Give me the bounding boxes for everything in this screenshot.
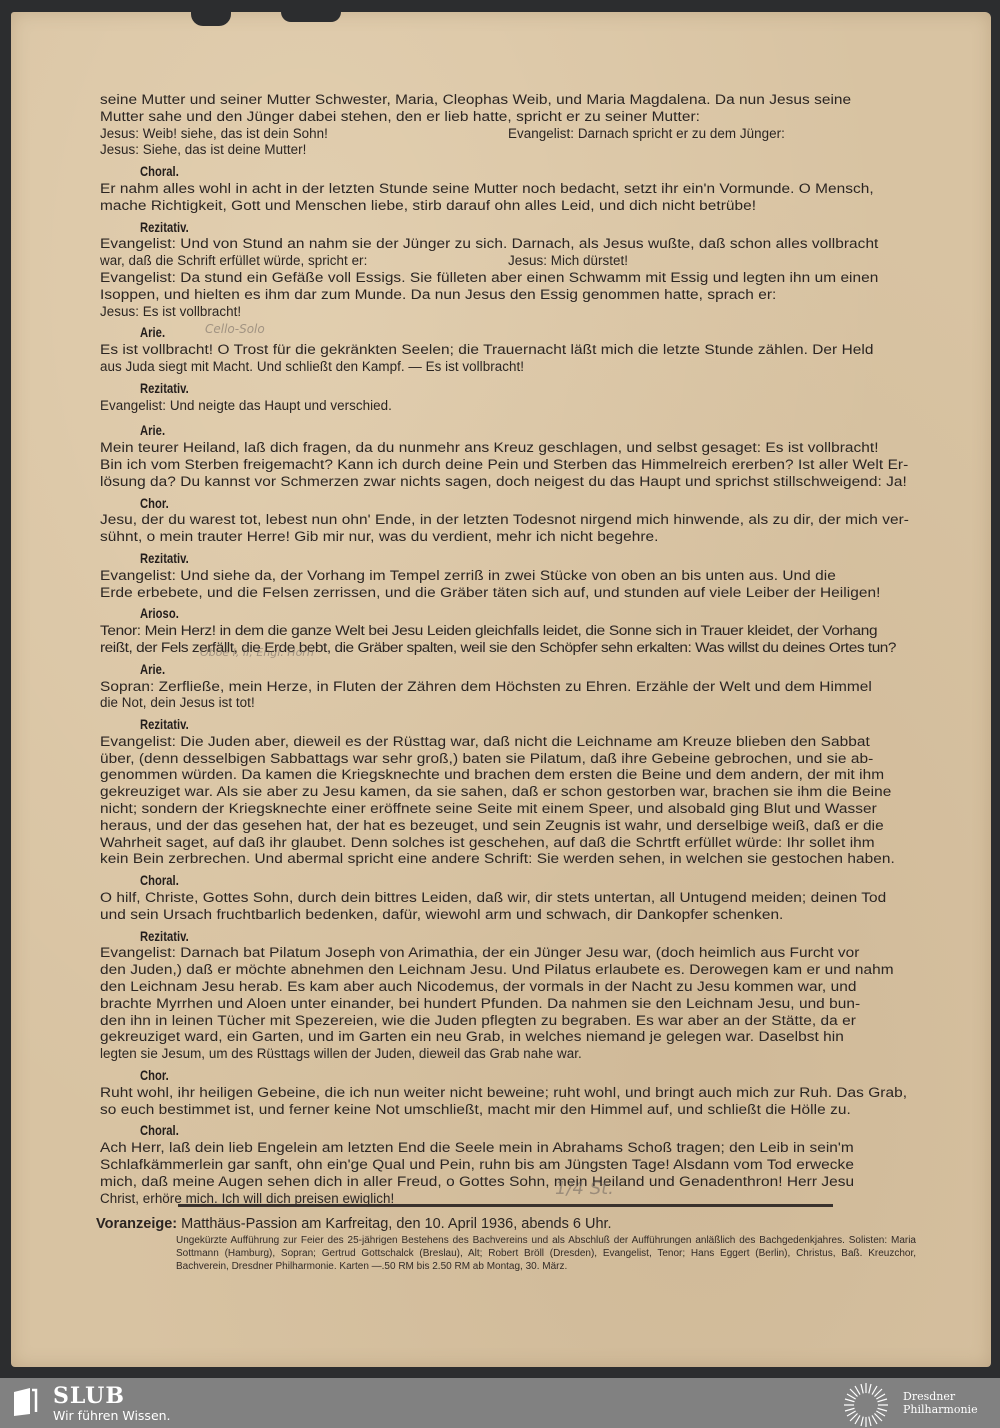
text-line: mich, daß meine Augen sehen dich in alle… bbox=[100, 1174, 1000, 1191]
handwritten-annotation: Cello-Solo bbox=[205, 322, 265, 336]
announcement-label: Voranzeige: bbox=[96, 1216, 177, 1232]
evangelist-line: war, daß die Schrift erfüllet würde, spr… bbox=[100, 253, 508, 270]
section-text: Es ist vollbracht! O Trost für die gekrä… bbox=[100, 342, 920, 376]
text-line: den Juden,) daß er möchte abnehmen den L… bbox=[100, 962, 1000, 979]
handwritten-annotation: 1/4 St. bbox=[555, 1178, 614, 1199]
jesus-line: Jesus: Mich dürstet! bbox=[508, 253, 628, 270]
section-text: Evangelist: Und neigte das Haupt und ver… bbox=[100, 398, 920, 415]
section-text: Er nahm alles wohl in acht in der letzte… bbox=[100, 181, 920, 215]
text-line: brachte Myrrhen und Aloen unter einander… bbox=[100, 996, 1000, 1013]
paper-tear bbox=[281, 12, 341, 22]
text-line: die Not, dein Jesus ist tot! bbox=[100, 695, 920, 712]
section-heading: Choral. bbox=[140, 1121, 179, 1139]
section-text: Ach Herr, laß dein lieb Engelein am letz… bbox=[100, 1140, 920, 1207]
text-line: Evangelist: Die Juden aber, dieweil es d… bbox=[100, 734, 1000, 751]
text-line: aus Juda siegt mit Macht. Und schließt d… bbox=[100, 359, 920, 376]
text-line: lösung da? Du kannst vor Schmerzen zwar … bbox=[100, 474, 1000, 491]
text-line: Evangelist: Da stund ein Gefäße voll Ess… bbox=[100, 270, 1000, 287]
text-line: Wahrheit saget, auf daß ihr glaubet. Den… bbox=[100, 835, 1000, 852]
divider-rule bbox=[178, 1204, 833, 1207]
text-line: den Leichnam Jesu herab. Es kam aber auc… bbox=[100, 979, 1000, 996]
text-line: Jesu, der du warest tot, lebest nun ohn'… bbox=[100, 512, 1000, 529]
text-line: Evangelist: Und siehe da, der Vorhang im… bbox=[100, 568, 1000, 585]
section-heading: Arie. bbox=[140, 660, 165, 678]
text-line: Evangelist: Und neigte das Haupt und ver… bbox=[100, 398, 920, 415]
brand-line-1: Dresdner bbox=[903, 1390, 978, 1403]
text-line: so euch bestimmet ist, und ferner keine … bbox=[100, 1102, 1000, 1119]
dresdner-philharmonie-logo-icon bbox=[840, 1381, 892, 1428]
text-line: gekreuziget ward, ein Garten, und im Gar… bbox=[100, 1029, 1000, 1046]
section-heading: Arie. bbox=[140, 323, 165, 341]
text-line: Ruht wohl, ihr heiligen Gebeine, die ich… bbox=[100, 1085, 1000, 1102]
footer-bar: SLUB Wir führen Wissen. Dresdner Philhar… bbox=[0, 1378, 1000, 1428]
section-heading: Chor. bbox=[140, 494, 169, 512]
text-line: Ach Herr, laß dein lieb Engelein am letz… bbox=[100, 1140, 1000, 1157]
section-text: Ruht wohl, ihr heiligen Gebeine, die ich… bbox=[100, 1085, 920, 1119]
slub-logo-icon bbox=[12, 1386, 40, 1418]
slub-brand: SLUB bbox=[53, 1383, 125, 1409]
paper-tear bbox=[191, 12, 231, 26]
handwritten-annotation: Oboe I, II, Engl. Horn bbox=[200, 646, 314, 659]
text-line: Sopran: Zerfließe, mein Herze, in Fluten… bbox=[100, 679, 1000, 696]
text-line: Evangelist: Darnach bat Pilatum Joseph v… bbox=[100, 945, 1000, 962]
dresdner-philharmonie-brand: Dresdner Philharmonie bbox=[903, 1390, 978, 1416]
text-line: genommen würden. Da kamen die Kriegsknec… bbox=[100, 767, 1000, 784]
text-line: nicht; sondern der Kriegsknechte einer e… bbox=[100, 801, 1000, 818]
section-text: Jesu, der du warest tot, lebest nun ohn'… bbox=[100, 512, 920, 546]
text-line: Es ist vollbracht! O Trost für die gekrä… bbox=[100, 342, 1000, 359]
section-heading: Rezitativ. bbox=[140, 218, 189, 236]
opening-paragraph: seine Mutter und seiner Mutter Schwester… bbox=[100, 92, 920, 159]
section-heading: Rezitativ. bbox=[140, 549, 189, 567]
text-line: Schlafkämmerlein gar sanft, ohn ein'ge Q… bbox=[100, 1157, 1000, 1174]
section-heading: Choral. bbox=[140, 162, 179, 180]
section-heading: Arie. bbox=[140, 421, 165, 439]
text-line: sühnt, o mein trauter Herre! Gib mir nur… bbox=[100, 529, 1000, 546]
text-line: mache Richtigkeit, Gott und Menschen lie… bbox=[100, 198, 1000, 215]
section-text: Evangelist: Und siehe da, der Vorhang im… bbox=[100, 568, 920, 602]
section-text: Evangelist: Darnach bat Pilatum Joseph v… bbox=[100, 945, 920, 1063]
text-line: den ihn in leinen Tücher mit Spezereien,… bbox=[100, 1013, 1000, 1030]
text-line: über, (denn desselbigen Sabbattags war s… bbox=[100, 751, 1000, 768]
section-heading: Arioso. bbox=[140, 604, 179, 622]
section-text: O hilf, Christe, Gottes Sohn, durch dein… bbox=[100, 890, 920, 924]
text-line: Mutter sahe und den Jünger dabei stehen,… bbox=[100, 109, 1000, 126]
section-text: Mein teurer Heiland, laß dich fragen, da… bbox=[100, 440, 920, 490]
jesus-line: Jesus: Weib! siehe, das ist dein Sohn! bbox=[100, 126, 508, 143]
brand-line-2: Philharmonie bbox=[903, 1403, 978, 1416]
text-line: O hilf, Christe, Gottes Sohn, durch dein… bbox=[100, 890, 1000, 907]
announcement-body: Ungekürzte Aufführung zur Feier des 25-j… bbox=[176, 1234, 916, 1273]
section-text: Evangelist: Und von Stund an nahm sie de… bbox=[100, 236, 920, 320]
text-line: kein Bein zerbrechen. Und abermal sprich… bbox=[100, 851, 1000, 868]
text-line: Tenor: Mein Herz! in dem die ganze Welt … bbox=[100, 623, 1000, 640]
text-line: heraus, und der das gesehen hat, der hat… bbox=[100, 818, 1000, 835]
text-line: Evangelist: Und von Stund an nahm sie de… bbox=[100, 236, 1000, 253]
section-heading: Rezitativ. bbox=[140, 927, 189, 945]
text-line: Jesus: Es ist vollbracht! bbox=[100, 304, 920, 321]
text-line: gekreuziget war. Als sie aber zu Jesu ka… bbox=[100, 784, 1000, 801]
section-heading: Chor. bbox=[140, 1066, 169, 1084]
section-text: Sopran: Zerfließe, mein Herze, in Fluten… bbox=[100, 679, 920, 713]
slub-tagline: Wir führen Wissen. bbox=[53, 1408, 171, 1424]
announcement-headline: Matthäus-Passion am Karfreitag, den 10. … bbox=[181, 1216, 611, 1232]
section-heading: Rezitativ. bbox=[140, 379, 189, 397]
section-heading: Choral. bbox=[140, 871, 179, 889]
section-heading: Rezitativ. bbox=[140, 715, 189, 733]
announcement-title: Voranzeige: Matthäus-Passion am Karfreit… bbox=[96, 1214, 916, 1234]
text-line: Mein teurer Heiland, laß dich fragen, da… bbox=[100, 440, 1000, 457]
section-text: Evangelist: Die Juden aber, dieweil es d… bbox=[100, 734, 920, 868]
text-line-split: war, daß die Schrift erfüllet würde, spr… bbox=[100, 253, 920, 270]
text-line-split: Jesus: Weib! siehe, das ist dein Sohn! E… bbox=[100, 126, 920, 143]
text-line: legten sie Jesum, um des Rüsttags willen… bbox=[100, 1046, 920, 1063]
text-line: Bin ich vom Sterben freigemacht? Kann ic… bbox=[100, 457, 1000, 474]
evangelist-line: Evangelist: Darnach spricht er zu dem Jü… bbox=[508, 126, 785, 143]
text-line: Isoppen, und hielten es ihm dar zum Mund… bbox=[100, 287, 1000, 304]
text-line: Erde erbebete, und die Felsen zerrissen,… bbox=[100, 585, 1000, 602]
text-line: Jesus: Siehe, das ist deine Mutter! bbox=[100, 142, 920, 159]
announcement: Voranzeige: Matthäus-Passion am Karfreit… bbox=[96, 1214, 916, 1273]
text-line: seine Mutter und seiner Mutter Schwester… bbox=[100, 92, 1000, 109]
text-line: und sein Ursach fruchtbarlich bedenken, … bbox=[100, 907, 1000, 924]
text-line: Er nahm alles wohl in acht in der letzte… bbox=[100, 181, 1000, 198]
